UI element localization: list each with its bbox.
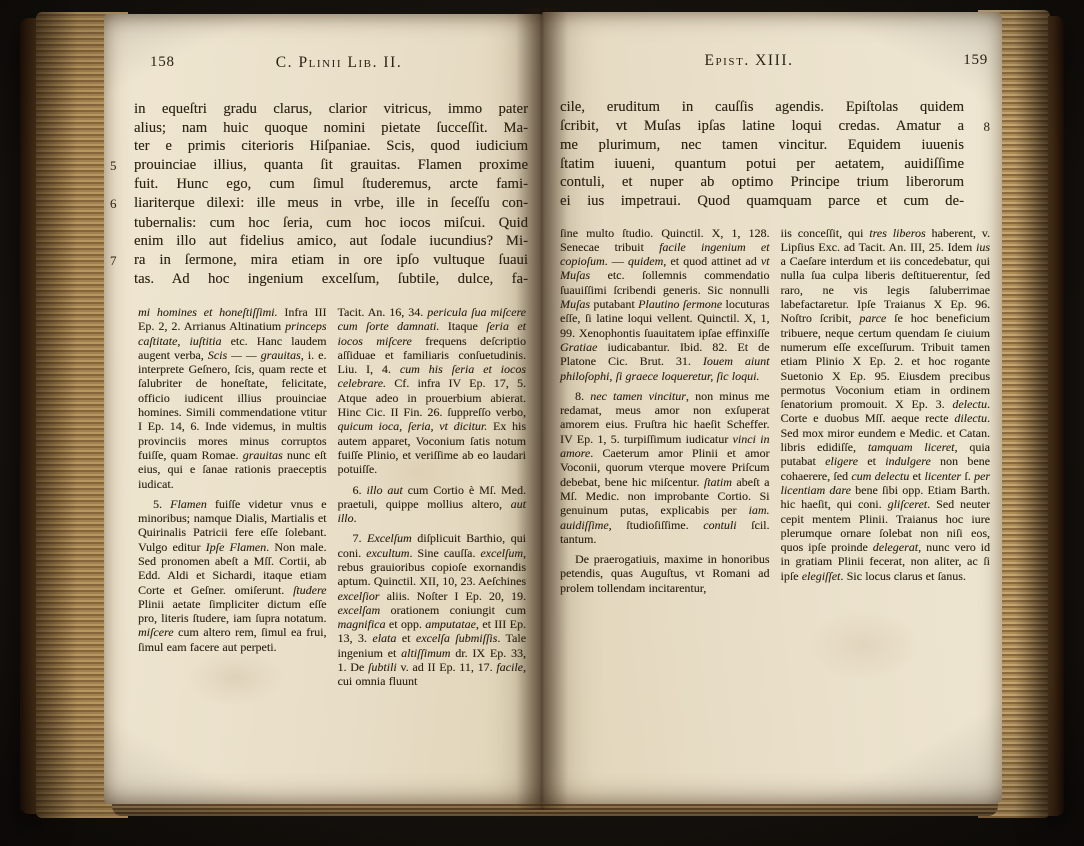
main-line: 5prouinciae illius, quanta ſit grauitas.… — [110, 156, 528, 176]
margin-number: 5 — [110, 156, 130, 176]
main-line: cile, eruditum in cauſſis agendis. Epiſt… — [560, 98, 990, 117]
margin-number — [110, 214, 130, 233]
margin-number — [970, 155, 990, 174]
footnote-paragraph: Tacit. An. 16, 34. pericula ſua miſcere … — [338, 305, 527, 477]
margin-number — [970, 192, 990, 211]
main-line: ſcribit, vt Muſas ipſas latine loqui cre… — [560, 117, 990, 137]
main-line: alius; nam huic quoque nomini pietate ſu… — [110, 119, 528, 138]
footnote-paragraph: 8. nec tamen vincitur, non minus me reda… — [560, 389, 770, 546]
left-running-head: 158 C. Plinii Lib. II. — [110, 54, 528, 76]
left-running-title: C. Plinii Lib. II. — [150, 54, 528, 72]
margin-number — [110, 232, 130, 251]
main-line: contuli, et nuper ab optimo Principe tri… — [560, 173, 990, 192]
book-photograph: 158 C. Plinii Lib. II. in equeſtri gradu… — [0, 0, 1084, 846]
main-line: enim illo aut fidelius amico, aut ſodale… — [110, 232, 528, 251]
main-line: 7ra in ſermone, mira etiam in ore ipſo v… — [110, 251, 528, 271]
margin-number — [110, 137, 130, 156]
right-page-number: 159 — [963, 52, 988, 69]
main-line: ei ius impetraui. Quod quamquam parce et… — [560, 192, 990, 211]
margin-number — [970, 98, 990, 117]
right-running-head: Epist. XIII. 159 — [560, 52, 990, 74]
footnote-paragraph: 5. Flamen fuiſſe videtur vnus e minoribu… — [138, 497, 327, 654]
right-main-text: cile, eruditum in cauſſis agendis. Epiſt… — [560, 98, 990, 211]
book-cover-right — [1048, 16, 1064, 816]
margin-number: 8 — [970, 117, 990, 137]
left-page-number: 158 — [150, 54, 175, 71]
footnote-paragraph: mi homines et honeſtiſſimi. Infra III Ep… — [138, 305, 327, 491]
main-line: me plurimum, nec tamen vincitur. Equidem… — [560, 136, 990, 155]
margin-number: 7 — [110, 251, 130, 271]
open-book: 158 C. Plinii Lib. II. in equeſtri gradu… — [20, 8, 1064, 820]
margin-number: 6 — [110, 194, 130, 214]
main-line: 6liariterque dilexi: ille meus in vrbe, … — [110, 194, 528, 214]
footnote-column-2: iis conceſſit, qui tres liberos haberent… — [781, 226, 991, 595]
footnote-column-1: mi homines et honeſtiſſimi. Infra III Ep… — [138, 305, 327, 689]
margin-number — [110, 175, 130, 194]
right-page: Epist. XIII. 159 cile, eruditum in cauſſ… — [542, 12, 1002, 804]
margin-number — [110, 119, 130, 138]
footnote-paragraph: ſine multo ſtudio. Quinctil. X, 1, 128. … — [560, 226, 770, 383]
footnote-paragraph: iis conceſſit, qui tres liberos haberent… — [781, 226, 991, 583]
margin-number — [970, 136, 990, 155]
main-line: tubernalis: cum hoc ſeria, cum hoc iocos… — [110, 214, 528, 233]
right-running-title: Epist. XIII. — [560, 52, 938, 70]
margin-number — [970, 173, 990, 192]
footnote-paragraph: 6. illo aut cum Cortio è Mſ. Med. praetu… — [338, 483, 527, 526]
main-line: in equeſtri gradu clarus, clarior vitric… — [110, 100, 528, 119]
main-line: tas. Ad hoc ingenium excelſum, ſubtile, … — [110, 270, 528, 289]
footnote-column-2: Tacit. An. 16, 34. pericula ſua miſcere … — [338, 305, 527, 689]
main-line: ter e primis citerioris Hiſpaniae. Scis,… — [110, 137, 528, 156]
left-page: 158 C. Plinii Lib. II. in equeſtri gradu… — [104, 14, 542, 804]
footnote-column-1: ſine multo ſtudio. Quinctil. X, 1, 128. … — [560, 226, 770, 595]
margin-number — [110, 100, 130, 119]
right-footnotes: ſine multo ſtudio. Quinctil. X, 1, 128. … — [560, 226, 990, 595]
main-line: ſtatim iuueni, quantum potui per aetatem… — [560, 155, 990, 174]
left-footnotes: mi homines et honeſtiſſimi. Infra III Ep… — [138, 305, 526, 689]
left-main-text: in equeſtri gradu clarus, clarior vitric… — [110, 100, 528, 289]
main-line: fuit. Hunc ego, cum ſimul ſtuderemus, ar… — [110, 175, 528, 194]
footnote-paragraph: De praerogatiuis, maxime in honoribus pe… — [560, 552, 770, 595]
footnote-paragraph: 7. Excelſum diſplicuit Barthio, qui coni… — [338, 531, 527, 688]
margin-number — [110, 270, 130, 289]
